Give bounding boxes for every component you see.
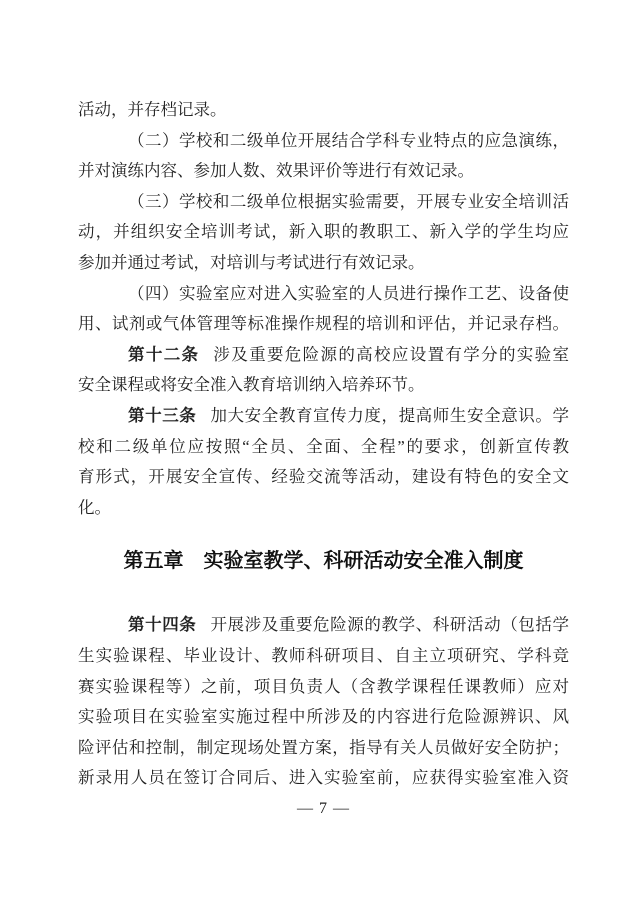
body-line: 活动，并存档记录。 (78, 95, 569, 126)
body-line: （四）实验室应对进入实验室的人员进行操作工艺、设备使 (78, 279, 569, 310)
body-line: 实验项目在实验室实施过程中所涉及的内容进行危险源辨识、风 (78, 702, 569, 733)
article-number: 第十三条 (128, 406, 196, 425)
article-number: 第十四条 (128, 615, 196, 634)
body-line: 用、试剂或气体管理等标准操作规程的培训和评估，并记录存档。 (78, 309, 569, 340)
article-number: 第十二条 (128, 345, 199, 364)
body-line: 并对演练内容、参加人数、效果评价等进行有效记录。 (78, 156, 569, 187)
body-line: 安全课程或将安全准入教育培训纳入培养环节。 (78, 370, 569, 401)
body-line: （三）学校和二级单位根据实验需要，开展专业安全培训活 (78, 187, 569, 218)
article-line: 第十四条开展涉及重要危险源的教学、科研活动（包括学 (78, 610, 569, 641)
body-line: 新录用人员在签订合同后、进入实验室前，应获得实验室准入资 (78, 763, 569, 794)
body-line: 化。 (78, 493, 569, 524)
body-line: 动，并组织安全培训考试，新入职的教职工、新入学的学生均应 (78, 217, 569, 248)
document-page: 活动，并存档记录。 （二）学校和二级单位开展结合学科专业特点的应急演练， 并对演… (0, 0, 639, 904)
body-line: 赛实验课程等）之前，项目负责人（含教学课程任课教师）应对 (78, 672, 569, 703)
body-line: 校和二级单位应按照“全员、全面、全程”的要求，创新宣传教 (78, 432, 569, 463)
article-text: 加大安全教育宣传力度，提高师生安全意识。学 (210, 406, 569, 425)
article-text: 涉及重要危险源的高校应设置有学分的实验室 (213, 345, 569, 364)
text-column: 活动，并存档记录。 （二）学校和二级单位开展结合学科专业特点的应急演练， 并对演… (78, 95, 569, 824)
body-line: 生实验课程、毕业设计、教师科研项目、自主立项研究、学科竞 (78, 641, 569, 672)
chapter-heading: 第五章 实验室教学、科研活动安全准入制度 (78, 545, 569, 577)
page-number: — 7 — (78, 794, 569, 824)
body-line: 险评估和控制，制定现场处置方案，指导有关人员做好安全防护； (78, 733, 569, 764)
article-line: 第十二条涉及重要危险源的高校应设置有学分的实验室 (78, 340, 569, 371)
article-line: 第十三条加大安全教育宣传力度，提高师生安全意识。学 (78, 401, 569, 432)
body-line: 育形式，开展安全宣传、经验交流等活动，建设有特色的安全文 (78, 462, 569, 493)
body-line: 参加并通过考试，对培训与考试进行有效记录。 (78, 248, 569, 279)
article-text: 开展涉及重要危险源的教学、科研活动（包括学 (210, 615, 569, 634)
body-line: （二）学校和二级单位开展结合学科专业特点的应急演练， (78, 126, 569, 157)
